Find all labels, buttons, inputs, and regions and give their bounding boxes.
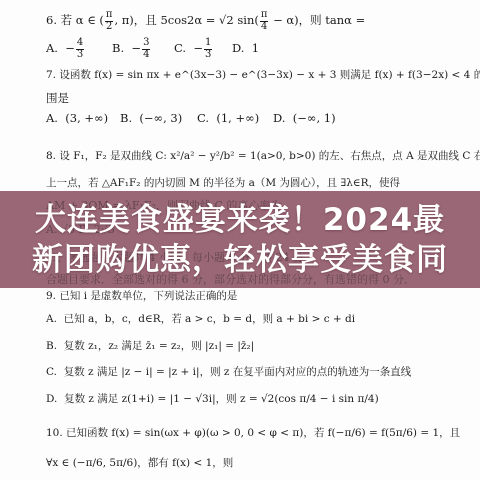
q6-option-b-frac: 34 — [142, 38, 150, 60]
q10-stem-line2: ∀x ∈ (−π/6, 5π/6)，都有 f(x) < 1，则 — [46, 458, 233, 469]
q6-option-c: C. −13 — [174, 38, 213, 60]
q6-option-a: A. −43 — [46, 38, 85, 60]
q6-frac-pi-over-2: π2 — [105, 10, 114, 32]
q6-frac-pi-over-4: π4 — [260, 10, 269, 32]
q7-stem-line1: 7. 设函数 f(x) = sin πx + e^(3x−3) − e^(3−3… — [46, 70, 480, 81]
q7-stem-line2: 围是 — [46, 93, 69, 105]
q7-option-a: A. (3, +∞) — [46, 113, 108, 125]
q9-option-a: A. 已知 a，b，c，d∈R，若 a > c，b = d，则 a + bi >… — [46, 314, 355, 325]
q6-stem-prefix: 6. 若 α ∈ ( — [46, 13, 104, 27]
q6-stem: 6. 若 α ∈ (π2, π)，且 5cos2α = √2 sin(π4 − … — [46, 10, 365, 32]
q6-option-b: B. −34 — [112, 38, 151, 60]
q6-option-d: D. 1 — [232, 43, 259, 55]
q6-option-c-frac: 13 — [204, 38, 212, 60]
q7-option-d: D. (−∞, 1) — [273, 113, 336, 125]
q8-stem-line1: 8. 设 F₁，F₂ 是双曲线 C: x²/a² − y²/b² = 1(a>0… — [46, 151, 480, 162]
banner-headline-line2: 新团购优惠，轻松享受美食同 — [0, 245, 480, 276]
promo-banner[interactable]: AM + 3OM = λF₁F₂，则双曲线 C 的离心率为 A. √3 D. 2… — [0, 191, 480, 288]
q8-stem-line2: 上一点，若 △AF₁F₂ 的内切圆 M 的半径为 a（M 为圆心），且 ∃λ∈R… — [46, 178, 400, 189]
q9-option-d: D. 复数 z 满足 z(1+i) = |1 − √3i|，则 z = √2(c… — [46, 394, 379, 405]
q10-stem-line1: 10. 已知函数 f(x) = sin(ωx + φ)(ω > 0, 0 < φ… — [46, 428, 460, 439]
q6-stem-suffix: − α)，则 tanα = — [269, 13, 365, 27]
q7-option-b: B. (−∞, 3) — [120, 113, 182, 125]
q9-stem: 9. 已知 i 是虚数单位，下列说法正确的是 — [46, 291, 237, 302]
q6-option-a-frac: 43 — [76, 38, 84, 60]
q9-option-b: B. 复数 z₁，z₂ 满足 z̄₁ = z₂，则 |z₁| = |z̄₂| — [46, 341, 254, 352]
banner-headline-line1: 大连美食盛宴来袭！2024最 — [0, 205, 480, 236]
q7-option-c: C. (1, +∞) — [197, 113, 259, 125]
q6-stem-mid: , π)，且 5cos2α = √2 sin( — [114, 13, 258, 27]
q9-option-c: C. 复数 z 满足 |z − i| = |z + i|，则 z 在复平面内对应… — [46, 367, 411, 378]
